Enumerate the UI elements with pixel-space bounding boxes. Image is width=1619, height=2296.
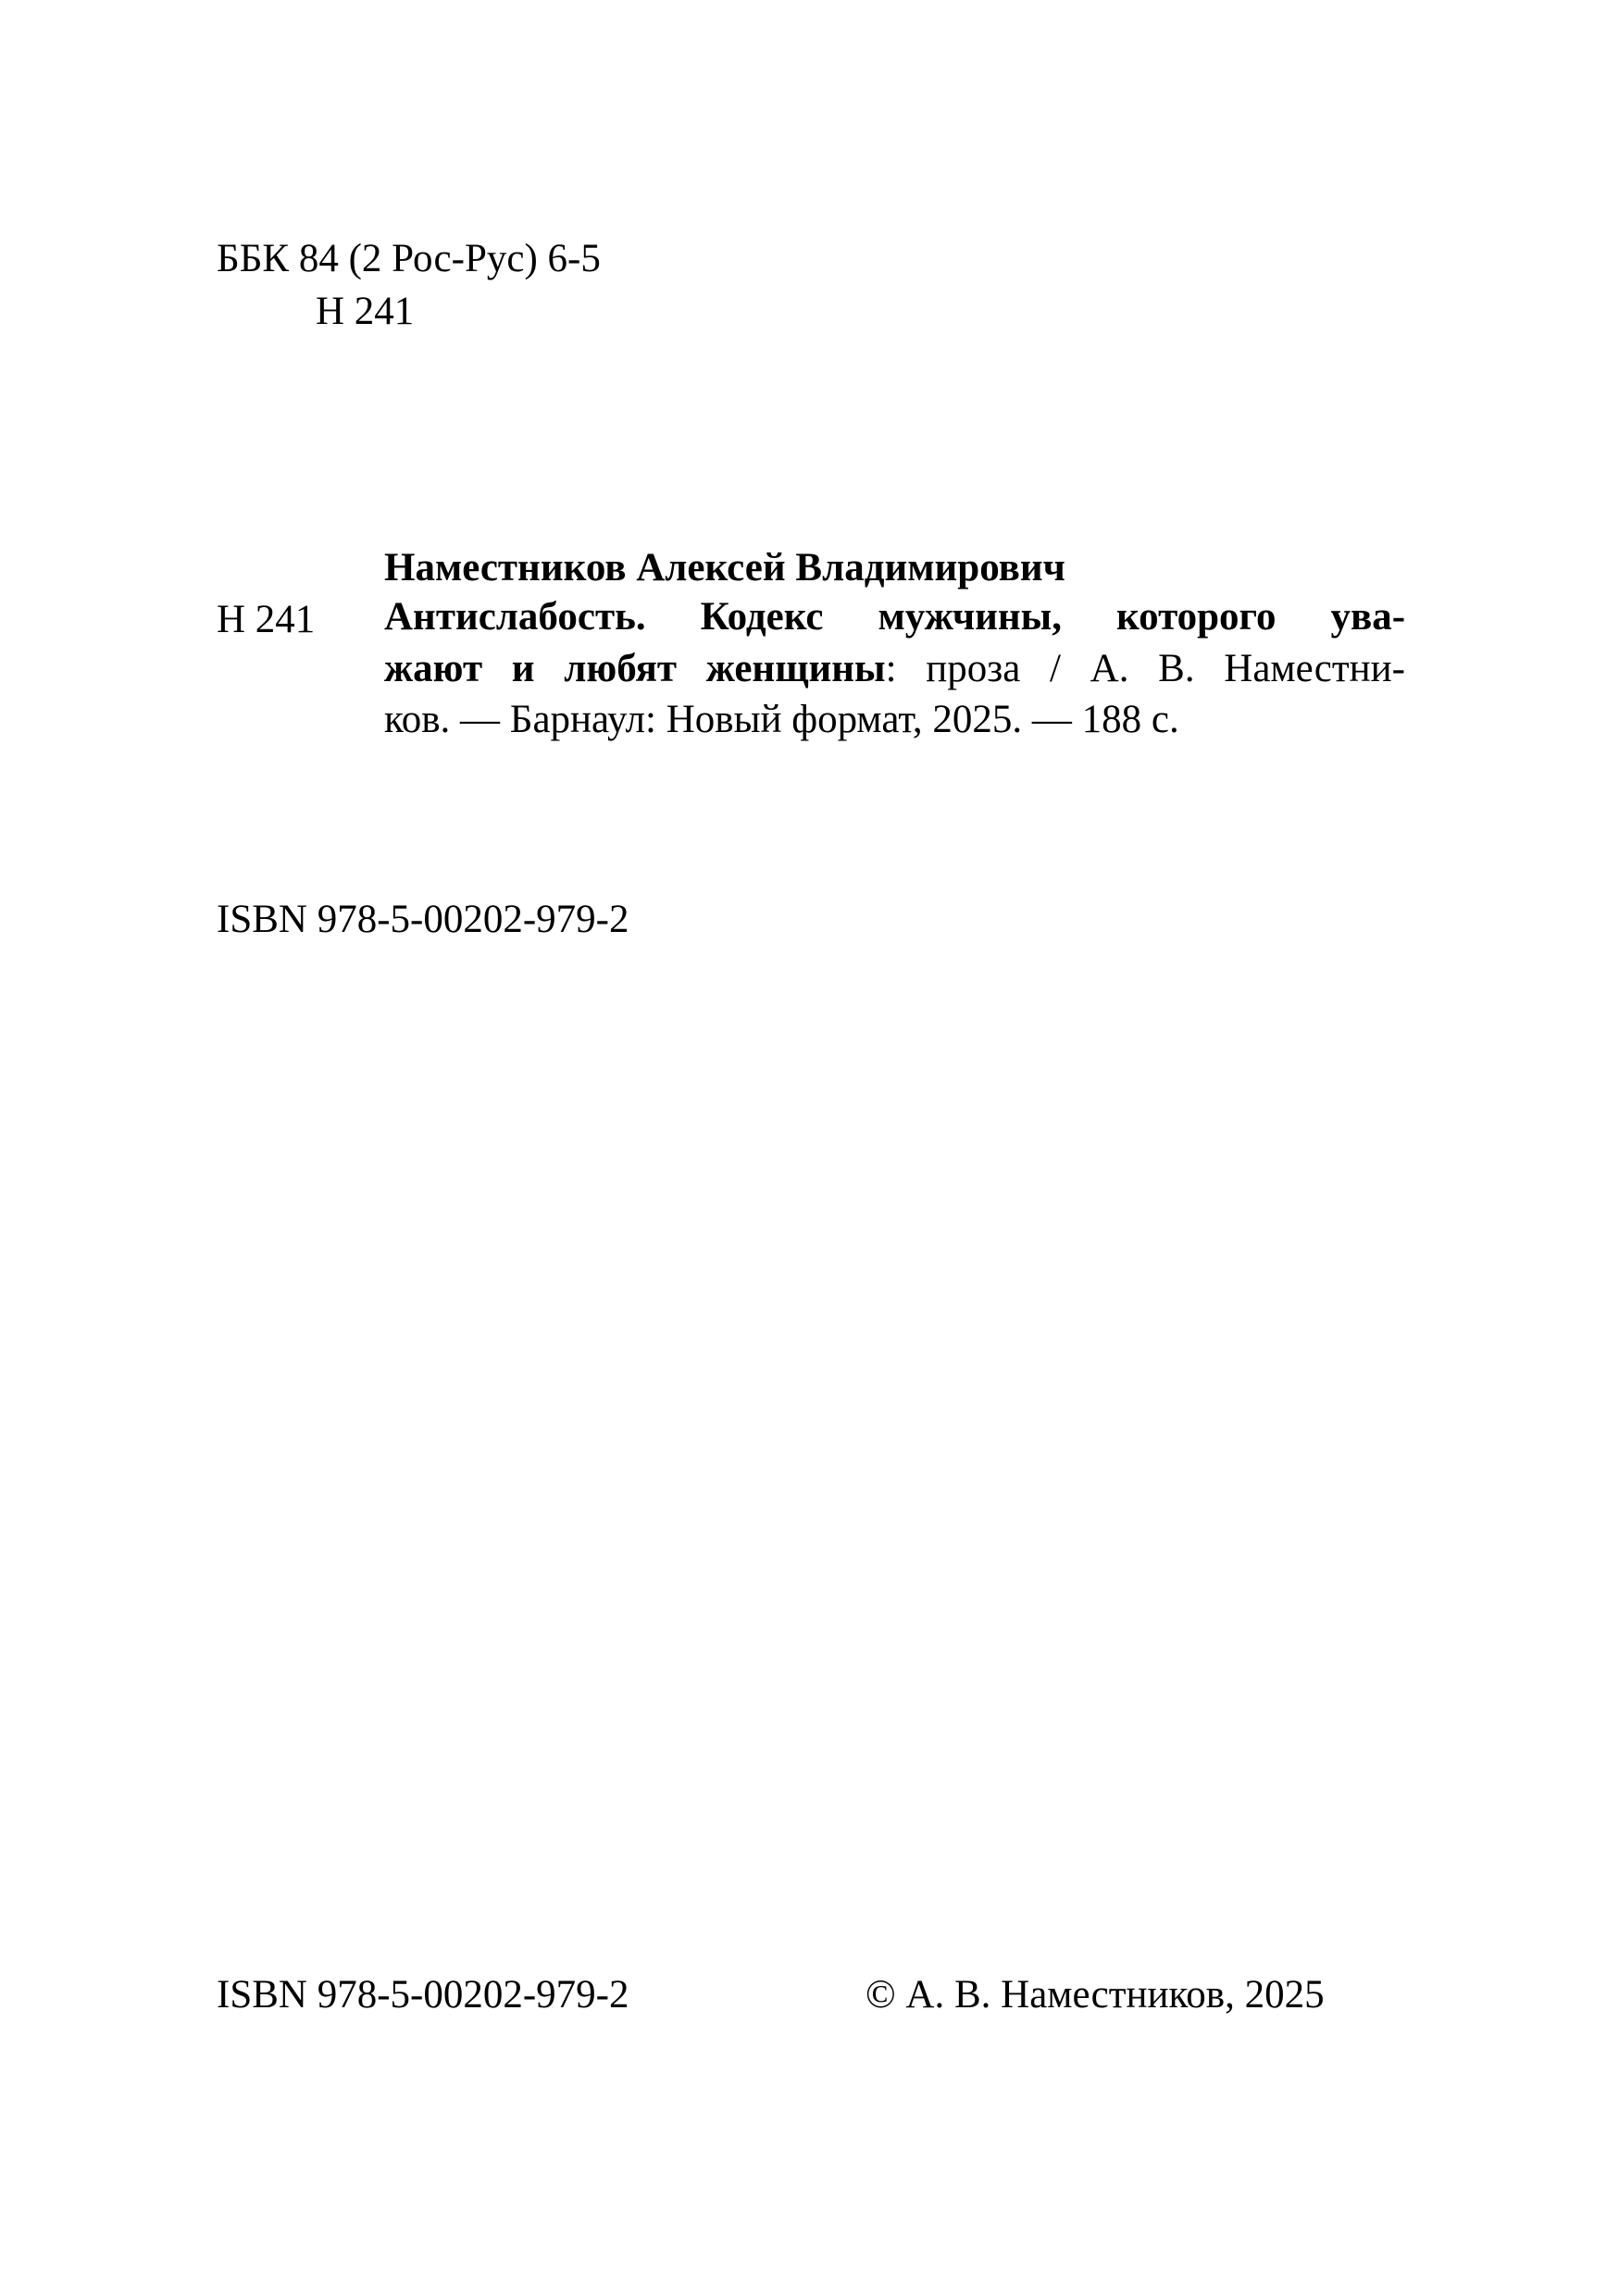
catalog-card-author-sign: Н 241 — [217, 600, 315, 639]
catalog-card-description: Антислабость. Кодекс мужчины, которого у… — [384, 591, 1405, 746]
bibliographic-text: ков. — Барнаул: Новый формат, 2025. — 18… — [384, 698, 1179, 741]
catalog-card-author: Наместников Алексей Владимирович — [384, 548, 1065, 588]
catalog-card-line: жают и любят женщины: проза / А. В. Наме… — [384, 643, 1405, 695]
catalog-card-line: Антислабость. Кодекс мужчины, которого у… — [384, 591, 1405, 643]
catalog-card-line: ков. — Барнаул: Новый формат, 2025. — 18… — [384, 694, 1405, 746]
book-title-part: жают и любят женщины — [384, 647, 886, 690]
copyright-notice: © А. В. Наместников, 2025 — [866, 1975, 1325, 2015]
bibliographic-text: : проза / А. В. Наместни- — [886, 647, 1405, 690]
isbn-number: ISBN 978-5-00202-979-2 — [217, 900, 629, 939]
footer-isbn: ISBN 978-5-00202-979-2 — [217, 1975, 629, 2015]
bbk-author-sign: Н 241 — [316, 292, 414, 331]
book-title-part: Антислабость. Кодекс мужчины, которого у… — [384, 595, 1405, 639]
bbk-classification-code: ББК 84 (2 Рос-Рус) 6-5 — [217, 239, 601, 279]
